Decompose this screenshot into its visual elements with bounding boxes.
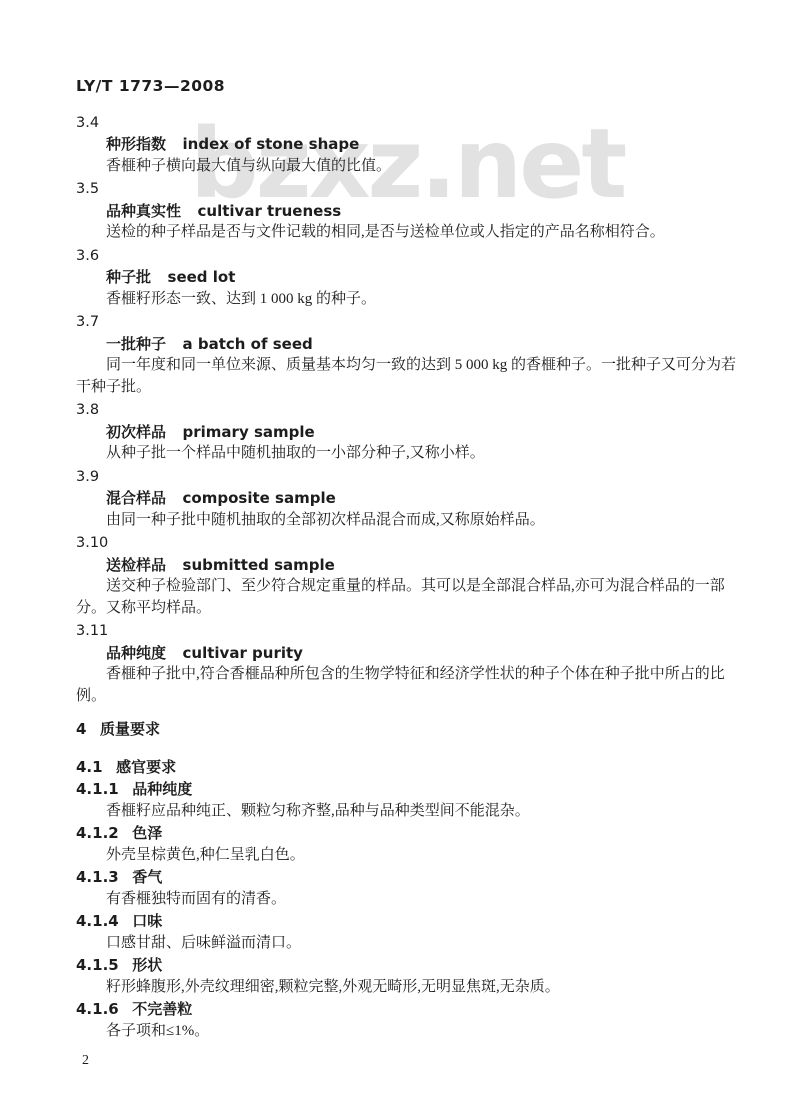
term-en: primary sample: [183, 423, 315, 441]
page-number: 2: [82, 1050, 736, 1072]
term-zh: 混合样品: [106, 489, 166, 507]
item-number: 4.1.2: [76, 824, 119, 842]
item-title: 色泽: [132, 824, 162, 842]
terms-section: 3.4 种形指数index of stone shape 香榧种子横向最大值与纵…: [76, 113, 736, 708]
clause-3-4: 3.4 种形指数index of stone shape 香榧种子横向最大值与纵…: [76, 113, 736, 178]
item-number: 4.1.5: [76, 956, 119, 974]
clause-number: 3.6: [76, 246, 736, 268]
item-4-1-1: 4.1.1品种纯度 香榧籽应品种纯正、颗粒匀称齐整,品种与品种类型间不能混杂。: [76, 779, 736, 822]
clause-number: 3.8: [76, 400, 736, 422]
item-4-1-4: 4.1.4口味 口感甘甜、后味鲜溢而清口。: [76, 911, 736, 954]
term-en: index of stone shape: [183, 135, 360, 153]
term-zh: 一批种子: [106, 335, 166, 353]
term-definition: 香榧籽形态一致、达到 1 000 kg 的种子。: [76, 289, 736, 311]
item-body: 口感甘甜、后味鲜溢而清口。: [76, 933, 736, 955]
clause-3-10: 3.10 送检样品submitted sample 送交种子检验部门、至少符合规…: [76, 533, 736, 619]
item-4-1-5: 4.1.5形状 籽形蜂腹形,外壳纹理细密,颗粒完整,外观无畸形,无明显焦斑,无杂…: [76, 955, 736, 998]
item-title: 品种纯度: [132, 780, 192, 798]
item-title: 形状: [132, 956, 162, 974]
clause-number: 3.9: [76, 467, 736, 489]
item-4-1-6: 4.1.6不完善粒 各子项和≤1%。: [76, 999, 736, 1042]
term-zh: 种形指数: [106, 135, 166, 153]
term-en: seed lot: [168, 268, 236, 286]
item-4-1-2: 4.1.2色泽 外壳呈棕黄色,种仁呈乳白色。: [76, 823, 736, 866]
term-definition: 送检的种子样品是否与文件记载的相同,是否与送检单位或人指定的产品名称相符合。: [76, 222, 736, 244]
term-definition: 送交种子检验部门、至少符合规定重量的样品。其可以是全部混合样品,亦可为混合样品的…: [76, 576, 736, 619]
item-title: 不完善粒: [132, 1000, 192, 1018]
section-title: 感官要求: [116, 758, 176, 776]
clause-3-6: 3.6 种子批seed lot 香榧籽形态一致、达到 1 000 kg 的种子。: [76, 246, 736, 311]
term-zh: 初次样品: [106, 423, 166, 441]
term-definition: 由同一种子批中随机抽取的全部初次样品混合而成,又称原始样品。: [76, 510, 736, 532]
page-content: LY/T 1773—2008 3.4 种形指数index of stone sh…: [0, 0, 800, 1072]
clause-number: 3.7: [76, 312, 736, 334]
clause-3-5: 3.5 品种真实性cultivar trueness 送检的种子样品是否与文件记…: [76, 179, 736, 244]
clause-3-9: 3.9 混合样品composite sample 由同一种子批中随机抽取的全部初…: [76, 467, 736, 532]
item-number: 4.1.3: [76, 868, 119, 886]
item-body: 外壳呈棕黄色,种仁呈乳白色。: [76, 845, 736, 867]
section-number: 4.1: [76, 758, 103, 776]
clause-number: 3.11: [76, 621, 736, 643]
term-en: cultivar trueness: [198, 202, 342, 220]
item-body: 有香榧独特而固有的清香。: [76, 889, 736, 911]
clause-3-7: 3.7 一批种子a batch of seed 同一年度和同一单位来源、质量基本…: [76, 312, 736, 398]
clause-3-8: 3.8 初次样品primary sample 从种子批一个样品中随机抽取的一小部…: [76, 400, 736, 465]
term-en: submitted sample: [183, 556, 335, 574]
clause-number: 3.5: [76, 179, 736, 201]
term-en: a batch of seed: [183, 335, 313, 353]
term-definition: 同一年度和同一单位来源、质量基本均匀一致的达到 5 000 kg 的香榧种子。一…: [76, 355, 736, 398]
term-en: composite sample: [183, 489, 336, 507]
item-title: 口味: [132, 912, 162, 930]
clause-3-11: 3.11 品种纯度cultivar purity 香榧种子批中,符合香榧品种所包…: [76, 621, 736, 707]
term-definition: 香榧种子横向最大值与纵向最大值的比值。: [76, 156, 736, 178]
term-zh: 品种真实性: [106, 202, 181, 220]
clause-number: 3.10: [76, 533, 736, 555]
item-body: 籽形蜂腹形,外壳纹理细密,颗粒完整,外观无畸形,无明显焦斑,无杂质。: [76, 977, 736, 999]
chapter-number: 4: [76, 720, 86, 738]
term-zh: 送检样品: [106, 556, 166, 574]
chapter-4-heading: 4质量要求: [76, 719, 736, 741]
item-title: 香气: [132, 868, 162, 886]
term-definition: 香榧种子批中,符合香榧品种所包含的生物学特征和经济学性状的种子个体在种子批中所占…: [76, 664, 736, 707]
term-zh: 品种纯度: [106, 644, 166, 662]
item-number: 4.1.1: [76, 780, 119, 798]
term-en: cultivar purity: [183, 644, 303, 662]
term-zh: 种子批: [106, 268, 151, 286]
clause-number: 3.4: [76, 113, 736, 135]
item-number: 4.1.6: [76, 1000, 119, 1018]
item-4-1-3: 4.1.3香气 有香榧独特而固有的清香。: [76, 867, 736, 910]
chapter-title: 质量要求: [100, 720, 160, 738]
scanned-document-page: bzxz.net LY/T 1773—2008 3.4 种形指数index of…: [0, 0, 800, 1093]
item-number: 4.1.4: [76, 912, 119, 930]
item-body: 各子项和≤1%。: [76, 1021, 736, 1043]
standard-number: LY/T 1773—2008: [76, 76, 736, 98]
section-4-1-heading: 4.1感官要求: [76, 757, 736, 779]
item-body: 香榧籽应品种纯正、颗粒匀称齐整,品种与品种类型间不能混杂。: [76, 801, 736, 823]
term-definition: 从种子批一个样品中随机抽取的一小部分种子,又称小样。: [76, 443, 736, 465]
